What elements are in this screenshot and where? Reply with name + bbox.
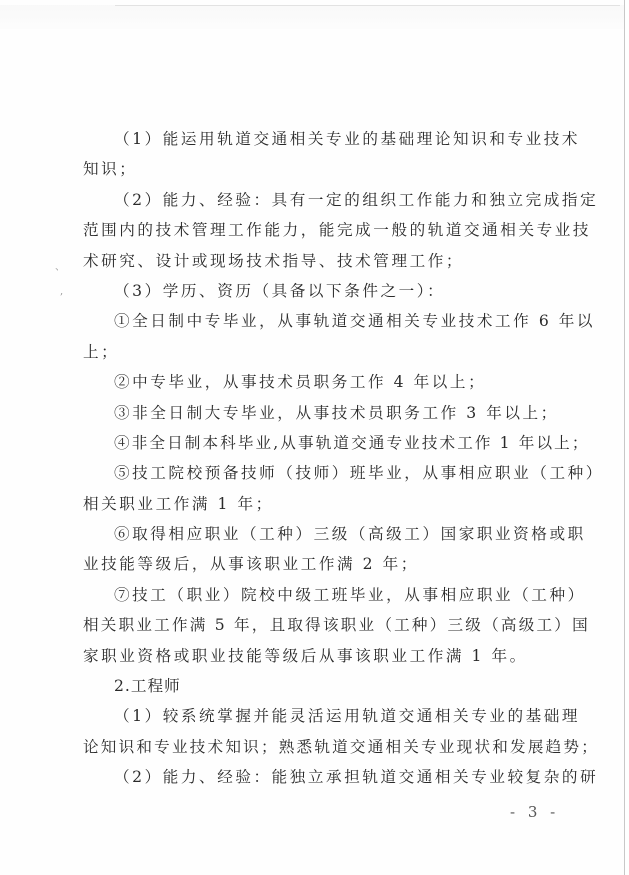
list-item-line: ②中专毕业，从事技术员职务工作 4 年以上； bbox=[83, 367, 553, 397]
paragraph-line: 论知识和专业技术知识；熟悉轨道交通相关专业现状和发展趋势； bbox=[83, 732, 553, 762]
section-heading: 2.工程师 bbox=[83, 671, 553, 701]
paragraph-line: （3）学历、资历（具备以下条件之一）： bbox=[83, 276, 553, 306]
document-body: （1）能运用轨道交通相关专业的基础理论知识和专业技术 知识； （2）能力、经验：… bbox=[83, 124, 553, 793]
paragraph-line: （1）较系统掌握并能灵活运用轨道交通相关专业的基础理 bbox=[83, 701, 553, 731]
paragraph-line: （2）能力、经验：具有一定的组织工作能力和独立完成指定 bbox=[83, 185, 553, 215]
margin-speck: , bbox=[60, 286, 63, 297]
document-page: 、 , （1）能运用轨道交通相关专业的基础理论知识和专业技术 知识； （2）能力… bbox=[0, 0, 625, 875]
paragraph-line: 范围内的技术管理工作能力，能完成一般的轨道交通相关专业技 bbox=[83, 215, 553, 245]
list-item-line: ①全日制中专毕业，从事轨道交通相关专业技术工作 6 年以 bbox=[83, 306, 553, 336]
list-item-line: 上； bbox=[83, 337, 553, 367]
page-number: - 3 - bbox=[510, 803, 559, 821]
list-item-line: 业技能等级后，从事该职业工作满 2 年； bbox=[83, 549, 553, 579]
scan-bleed-through bbox=[0, 5, 624, 29]
paragraph-line: （1）能运用轨道交通相关专业的基础理论知识和专业技术 bbox=[83, 124, 553, 154]
list-item-line: ⑥取得相应职业（工种）三级（高级工）国家职业资格或职 bbox=[83, 519, 553, 549]
paragraph-line: 知识； bbox=[83, 154, 553, 184]
list-item-line: 相关职业工作满 5 年，且取得该职业（工种）三级（高级工）国 bbox=[83, 610, 553, 640]
margin-speck: 、 bbox=[55, 258, 65, 273]
list-item-line: ④非全日制本科毕业,从事轨道交通专业技术工作 1 年以上； bbox=[83, 428, 553, 458]
list-item-line: ⑤技工院校预备技师（技师）班毕业，从事相应职业（工种） bbox=[83, 458, 553, 488]
scan-edge-rule bbox=[115, 5, 620, 6]
list-item-line: 家职业资格或职业技能等级后从事该职业工作满 1 年。 bbox=[83, 641, 553, 671]
paragraph-line: （2）能力、经验：能独立承担轨道交通相关专业较复杂的研 bbox=[83, 762, 553, 792]
list-item-line: ⑦技工（职业）院校中级工班毕业，从事相应职业（工种） bbox=[83, 580, 553, 610]
list-item-line: ③非全日制大专毕业，从事技术员职务工作 3 年以上； bbox=[83, 398, 553, 428]
list-item-line: 相关职业工作满 1 年； bbox=[83, 489, 553, 519]
paragraph-line: 术研究、设计或现场技术指导、技术管理工作； bbox=[83, 246, 553, 276]
